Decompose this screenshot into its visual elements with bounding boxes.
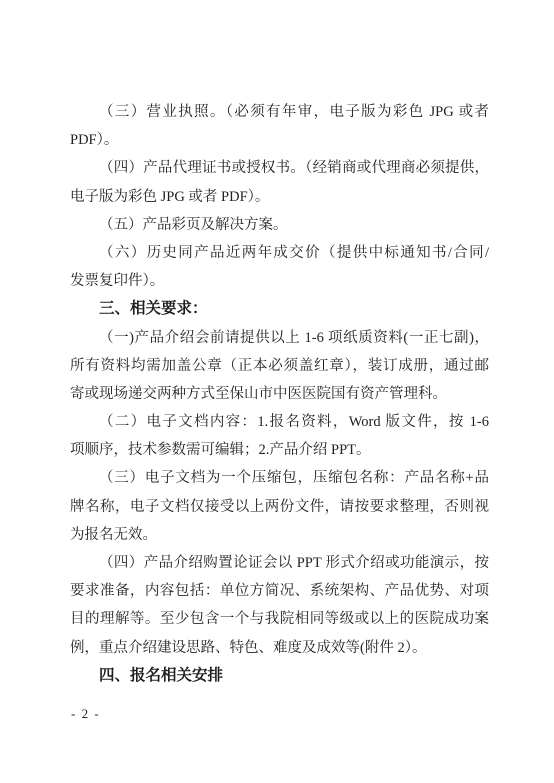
doc-line: PDF）。: [70, 126, 489, 154]
doc-line: （三）营业执照。（必须有年审，电子版为彩色 JPG 或者: [70, 98, 489, 126]
section-heading-signup: 四、报名相关安排: [70, 662, 489, 690]
doc-line: 电子版为彩色 JPG 或者 PDF）。: [70, 183, 489, 211]
doc-line: （一)产品介绍会前请提供以上 1-6 项纸质资料(一正七副)，: [70, 324, 489, 352]
doc-line: （五）产品彩页及解决方案。: [70, 211, 489, 239]
doc-line: 为报名无效。: [70, 521, 489, 549]
doc-line: 牌名称，电子文档仅接受以上两份文件，请按要求整理，否则视: [70, 493, 489, 521]
doc-line: （四）产品代理证书或授权书。（经销商或代理商必须提供，: [70, 154, 489, 182]
doc-line: 发票复印件）。: [70, 267, 489, 295]
doc-line: 寄或现场递交两种方式至保山市中医医院国有资产管理科。: [70, 380, 489, 408]
doc-line: 目的理解等。至少包含一个与我院相同等级或以上的医院成功案: [70, 605, 489, 633]
document-body: （三）营业执照。（必须有年审，电子版为彩色 JPG 或者 PDF）。 （四）产品…: [70, 98, 489, 690]
doc-line: （二）电子文档内容：1.报名资料，Word 版文件，按 1-6: [70, 408, 489, 436]
document-page: （三）营业执照。（必须有年审，电子版为彩色 JPG 或者 PDF）。 （四）产品…: [0, 0, 554, 783]
page-number: - 2 -: [71, 706, 100, 722]
doc-line: （六）历史同产品近两年成交价（提供中标通知书/合同/: [70, 239, 489, 267]
doc-line: 要求准备，内容包括：单位方简况、系统架构、产品优势、对项: [70, 577, 489, 605]
section-heading-requirements: 三、相关要求：: [70, 295, 489, 323]
doc-line: 例，重点介绍建设思路、特色、难度及成效等(附件 2）。: [70, 634, 489, 662]
doc-line: 项顺序，技术参数需可编辑；2.产品介绍 PPT。: [70, 436, 489, 464]
doc-line: （四）产品介绍购置论证会以 PPT 形式介绍或功能演示，按: [70, 549, 489, 577]
doc-line: 所有资料均需加盖公章（正本必须盖红章），装订成册，通过邮: [70, 352, 489, 380]
doc-line: （三）电子文档为一个压缩包，压缩包名称：产品名称+品: [70, 464, 489, 492]
